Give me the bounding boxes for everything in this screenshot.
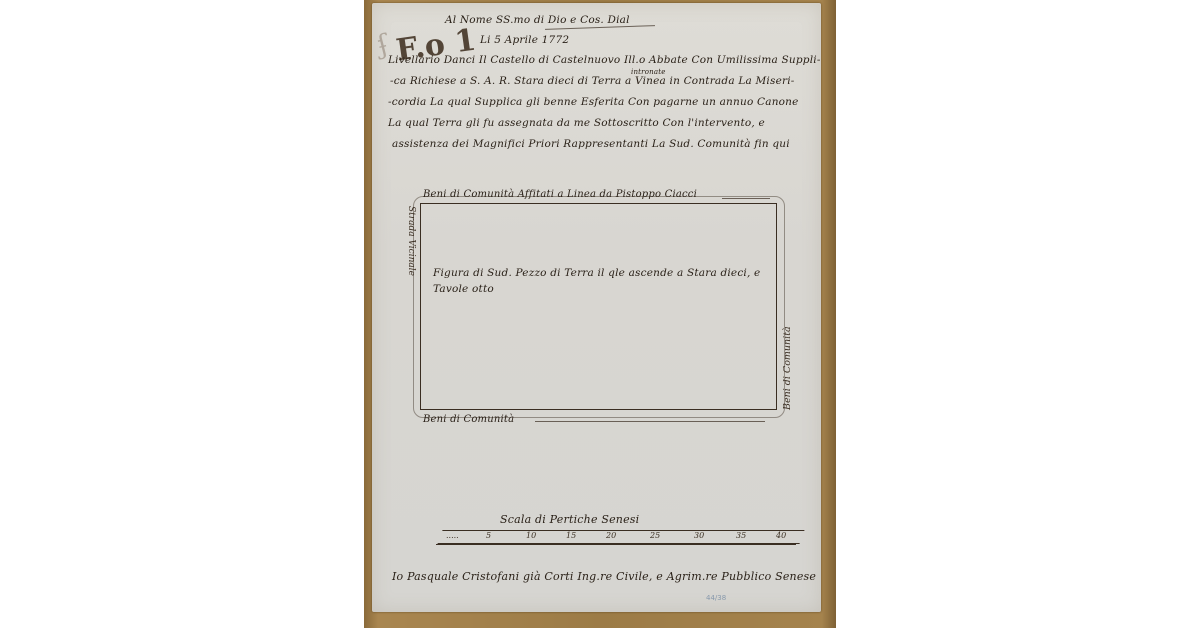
scale-title: Scala di Pertiche Senesi <box>500 513 639 526</box>
surveyor-signature: Io Pasquale Cristofani già Corti Ing.re … <box>392 570 816 583</box>
scale-tick-5: 5 <box>486 531 491 540</box>
archive-pencil-note: 44/38 <box>706 594 726 602</box>
scale-tick-35: 35 <box>736 531 746 540</box>
header-invocation: Al Nome SS.mo di Dio e Cos. Dial <box>445 14 630 26</box>
parcel-label-left: Strada Vicinale <box>406 206 416 276</box>
parcel-sketch <box>420 203 777 410</box>
scale-bar-base <box>436 544 796 545</box>
scale-tick-15: 15 <box>566 531 576 540</box>
parcel-label-bottom-rule <box>535 421 765 422</box>
parcel-label-right: Beni di Comunità <box>782 326 793 410</box>
body-line-5: assistenza dei Magnifici Priori Rapprese… <box>392 138 790 150</box>
body-line-3: -cordia La qual Supplica gli benne Esfer… <box>388 96 799 108</box>
scale-tick-40: 40 <box>776 531 786 540</box>
parcel-description-line-2: Tavole otto <box>433 283 494 295</box>
scale-tick-20: 20 <box>606 531 616 540</box>
scale-tick-30: 30 <box>694 531 704 540</box>
body-line-1: Livellario Danci Il Castello di Castelnu… <box>388 54 821 66</box>
body-line-2: -ca Richiese a S. A. R. Stara dieci di T… <box>390 75 795 87</box>
header-date: Li 5 Aprile 1772 <box>480 34 569 46</box>
scale-tick-10: 10 <box>526 531 536 540</box>
scale-leading-dots: ..... <box>446 531 459 540</box>
parcel-label-bottom: Beni di Comunità <box>423 414 514 425</box>
scale-tick-25: 25 <box>650 531 660 540</box>
parcel-description-line-1: Figura di Sud. Pezzo di Terra il qle asc… <box>433 267 760 279</box>
body-line-4: La qual Terra gli fu assegnata da me Sot… <box>388 117 765 129</box>
parcel-label-top: Beni di Comunità Affitati a Linea da Pis… <box>423 189 697 200</box>
scale-bar <box>437 530 804 544</box>
parcel-label-top-rule <box>722 198 770 199</box>
